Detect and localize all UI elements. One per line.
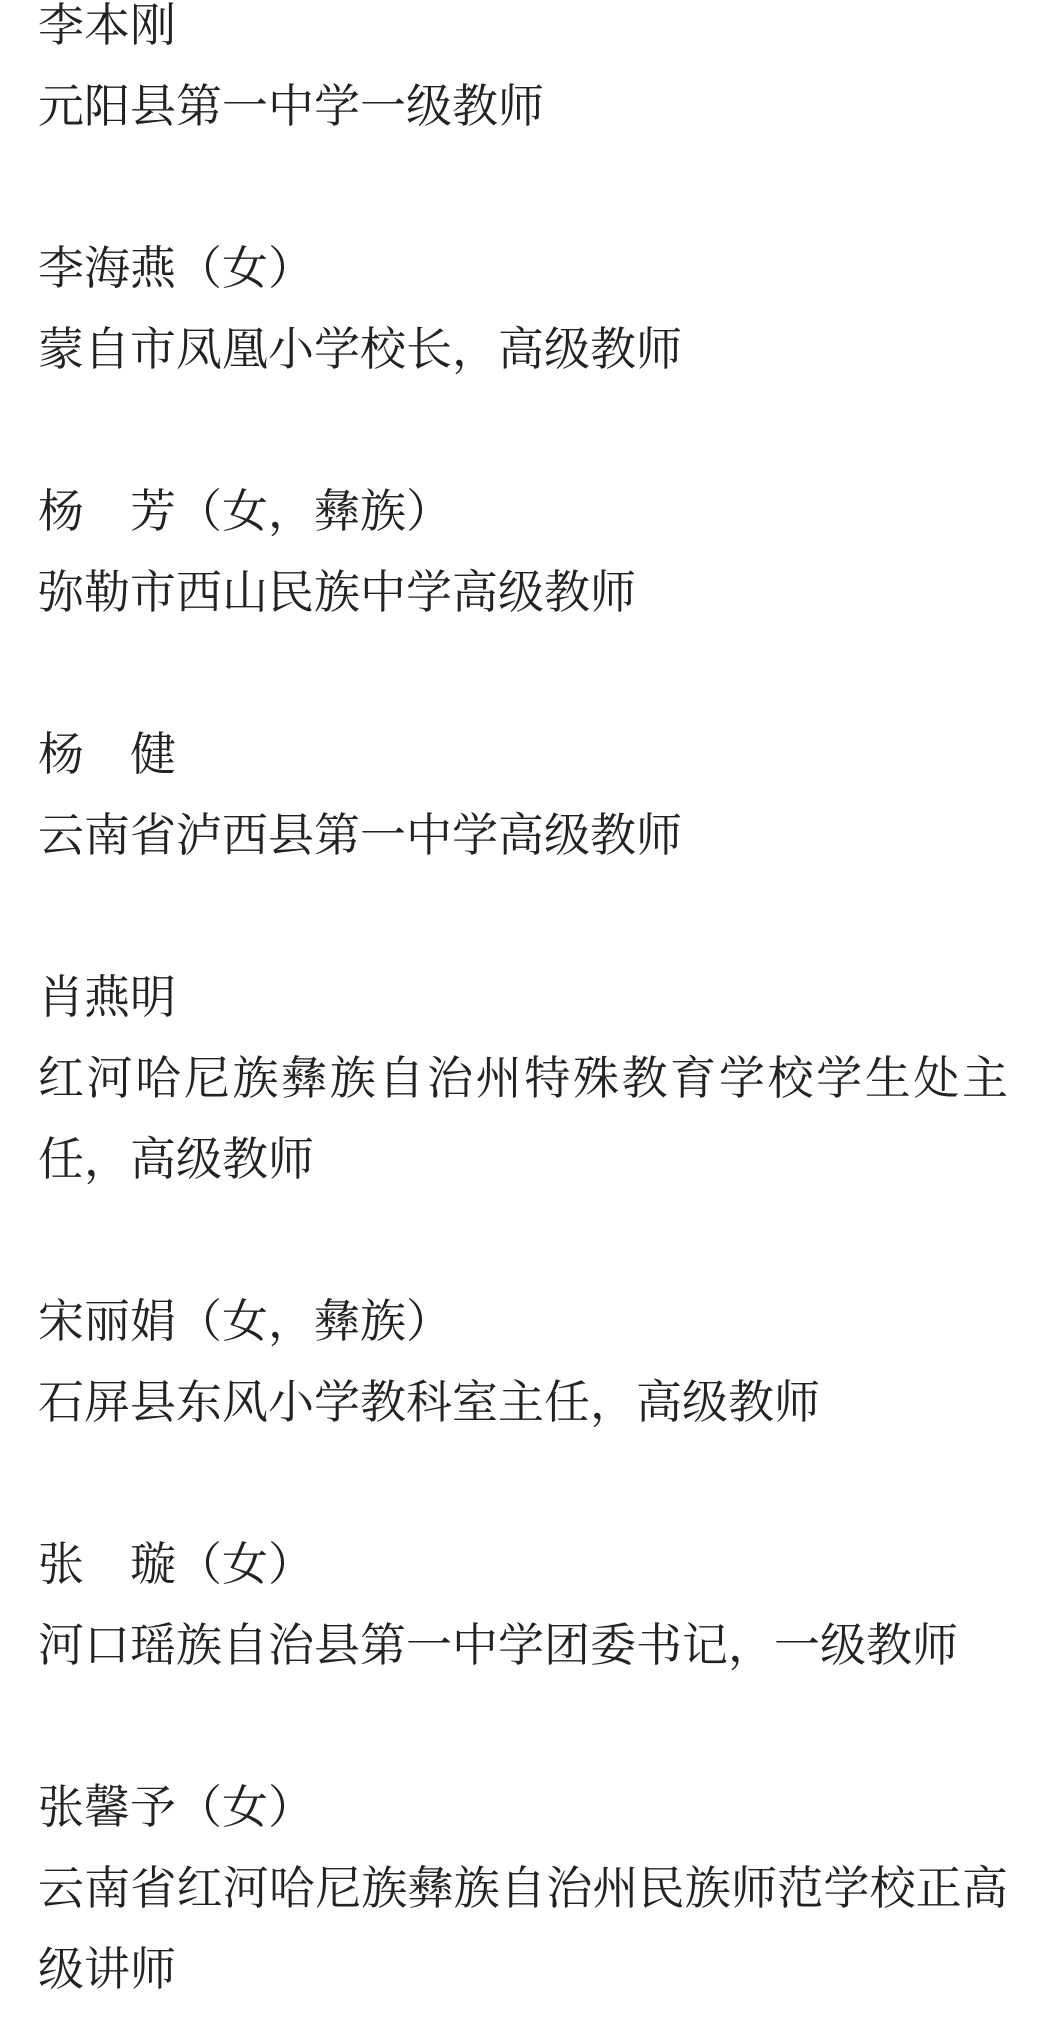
teacher-entry: 肖燕明 红河哈尼族彝族自治州特殊教育学校学生处主任，高级教师 bbox=[38, 957, 1008, 1200]
teacher-entry: 张 璇（女） 河口瑶族自治县第一中学团委书记，一级教师 bbox=[38, 1524, 1008, 1686]
article-page: 李本刚 元阳县第一中学一级教师 李海燕（女） 蒙自市凤凰小学校长，高级教师 杨 … bbox=[0, 0, 1063, 2029]
teacher-title: 云南省红河哈尼族彝族自治州民族师范学校正高级讲师 bbox=[38, 1848, 1008, 2010]
teacher-name: 李海燕（女） bbox=[38, 228, 1008, 309]
teacher-name: 宋丽娟（女，彝族） bbox=[38, 1281, 1008, 1362]
teacher-entry: 宋丽娟（女，彝族） 石屏县东风小学教科室主任，高级教师 bbox=[38, 1281, 1008, 1443]
teacher-name: 张馨予（女） bbox=[38, 1767, 1008, 1848]
teacher-title: 河口瑶族自治县第一中学团委书记，一级教师 bbox=[38, 1605, 1008, 1686]
teacher-entry: 张馨予（女） 云南省红河哈尼族彝族自治州民族师范学校正高级讲师 bbox=[38, 1767, 1008, 2010]
teacher-entry: 李本刚 元阳县第一中学一级教师 bbox=[38, 0, 1008, 147]
teacher-name: 肖燕明 bbox=[38, 957, 1008, 1038]
teacher-title: 云南省泸西县第一中学高级教师 bbox=[38, 795, 1008, 876]
teacher-title: 红河哈尼族彝族自治州特殊教育学校学生处主任，高级教师 bbox=[38, 1038, 1008, 1200]
teacher-entry: 李海燕（女） 蒙自市凤凰小学校长，高级教师 bbox=[38, 228, 1008, 390]
teacher-title: 石屏县东风小学教科室主任，高级教师 bbox=[38, 1362, 1008, 1443]
teacher-entry: 杨 健 云南省泸西县第一中学高级教师 bbox=[38, 714, 1008, 876]
teacher-name: 杨 芳（女，彝族） bbox=[38, 471, 1008, 552]
teacher-title: 弥勒市西山民族中学高级教师 bbox=[38, 552, 1008, 633]
teacher-title: 元阳县第一中学一级教师 bbox=[38, 66, 1008, 147]
teacher-name: 张 璇（女） bbox=[38, 1524, 1008, 1605]
teacher-list: 李本刚 元阳县第一中学一级教师 李海燕（女） 蒙自市凤凰小学校长，高级教师 杨 … bbox=[0, 0, 1063, 2010]
teacher-name: 杨 健 bbox=[38, 714, 1008, 795]
teacher-entry: 杨 芳（女，彝族） 弥勒市西山民族中学高级教师 bbox=[38, 471, 1008, 633]
teacher-name: 李本刚 bbox=[38, 0, 1008, 66]
teacher-title: 蒙自市凤凰小学校长，高级教师 bbox=[38, 309, 1008, 390]
